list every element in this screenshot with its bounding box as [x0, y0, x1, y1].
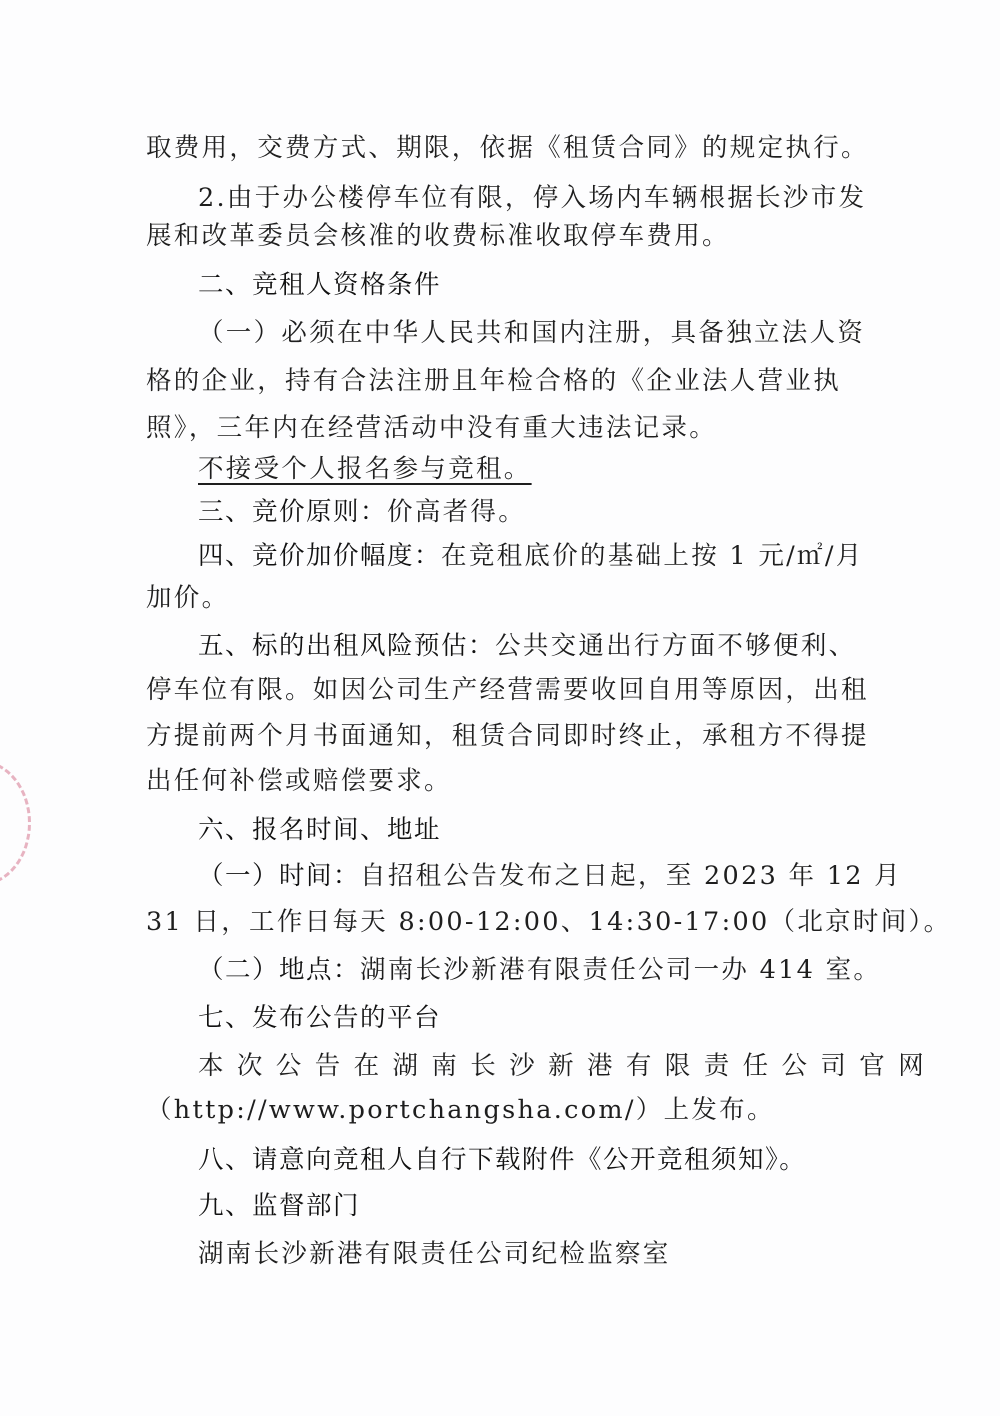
section-heading: 九、监督部门 [198, 1189, 360, 1223]
paragraph-line: 2.由于办公楼停车位有限，停入场内车辆根据长沙市发 [198, 181, 866, 215]
paragraph-line: 方提前两个月书面通知，租赁合同即时终止，承租方不得提 [146, 719, 869, 753]
paragraph-line: 出任何补偿或赔偿要求。 [146, 764, 452, 798]
inline-text: 价高者得。 [387, 497, 526, 527]
inline-text: 公共交通出行方面不够便利、 [495, 631, 856, 661]
inline-heading: 四、竞价加价幅度： [198, 541, 441, 571]
paragraph-line: （http://www.portchangsha.com/）上发布。 [146, 1093, 775, 1127]
inline-heading: 三、竞价原则： [198, 497, 387, 527]
section-heading: 六、报名时间、地址 [198, 813, 441, 847]
inline-heading: （一）时间： [198, 861, 360, 891]
paragraph-line: 本次公告在湖南长沙新港有限责任公司官网 [198, 1049, 937, 1083]
paragraph-line: 停车位有限。如因公司生产经营需要收回自用等原因，出租 [146, 673, 869, 707]
paragraph-line: 取费用，交费方式、期限，依据《租赁合同》的规定执行。 [146, 131, 869, 165]
inline-heading: 五、标的出租风险预估： [198, 631, 495, 661]
paragraph-line: （一）必须在中华人民共和国内注册，具备独立法人资 [198, 316, 865, 350]
paragraph-line: 三、竞价原则：价高者得。 [198, 495, 526, 529]
section-heading: 八、请意向竞租人自行下载附件《公开竞租须知》。 [198, 1143, 806, 1177]
inline-text: 自招租公告发布之日起，至 2023 年 12 月 [360, 861, 902, 891]
paragraph-line: 不接受个人报名参与竞租。 [198, 452, 532, 486]
inline-heading: （二）地点： [198, 955, 360, 985]
paragraph-line: 照》，三年内在经营活动中没有重大违法记录。 [146, 411, 717, 445]
paragraph-line: 加价。 [146, 581, 229, 615]
paragraph-line: （一）时间：自招租公告发布之日起，至 2023 年 12 月 [198, 859, 902, 893]
paragraph-line: 格的企业，持有合法注册且年检合格的《企业法人营业执 [146, 364, 841, 398]
inline-text: 湖南长沙新港有限责任公司一办 414 室。 [360, 955, 881, 985]
paragraph-line: 四、竞价加价幅度：在竞租底价的基础上按 1 元/㎡/月 [198, 539, 864, 573]
section-heading: 二、竞租人资格条件 [198, 268, 441, 302]
paragraph-line: 展和改革委员会核准的收费标准收取停车费用。 [146, 219, 730, 253]
inline-text: 在竞租底价的基础上按 1 元/㎡/月 [441, 541, 864, 571]
paragraph-line: （二）地点：湖南长沙新港有限责任公司一办 414 室。 [198, 953, 881, 987]
red-seal-stamp-fragment [0, 760, 31, 886]
paragraph-line: 31 日，工作日每天 8:00-12:00、14:30-17:00（北京时间）。 [146, 905, 951, 939]
paragraph-line: 湖南长沙新港有限责任公司纪检监察室 [198, 1237, 671, 1271]
section-heading: 七、发布公告的平台 [198, 1001, 441, 1035]
paragraph-line: 五、标的出租风险预估：公共交通出行方面不够便利、 [198, 629, 856, 663]
